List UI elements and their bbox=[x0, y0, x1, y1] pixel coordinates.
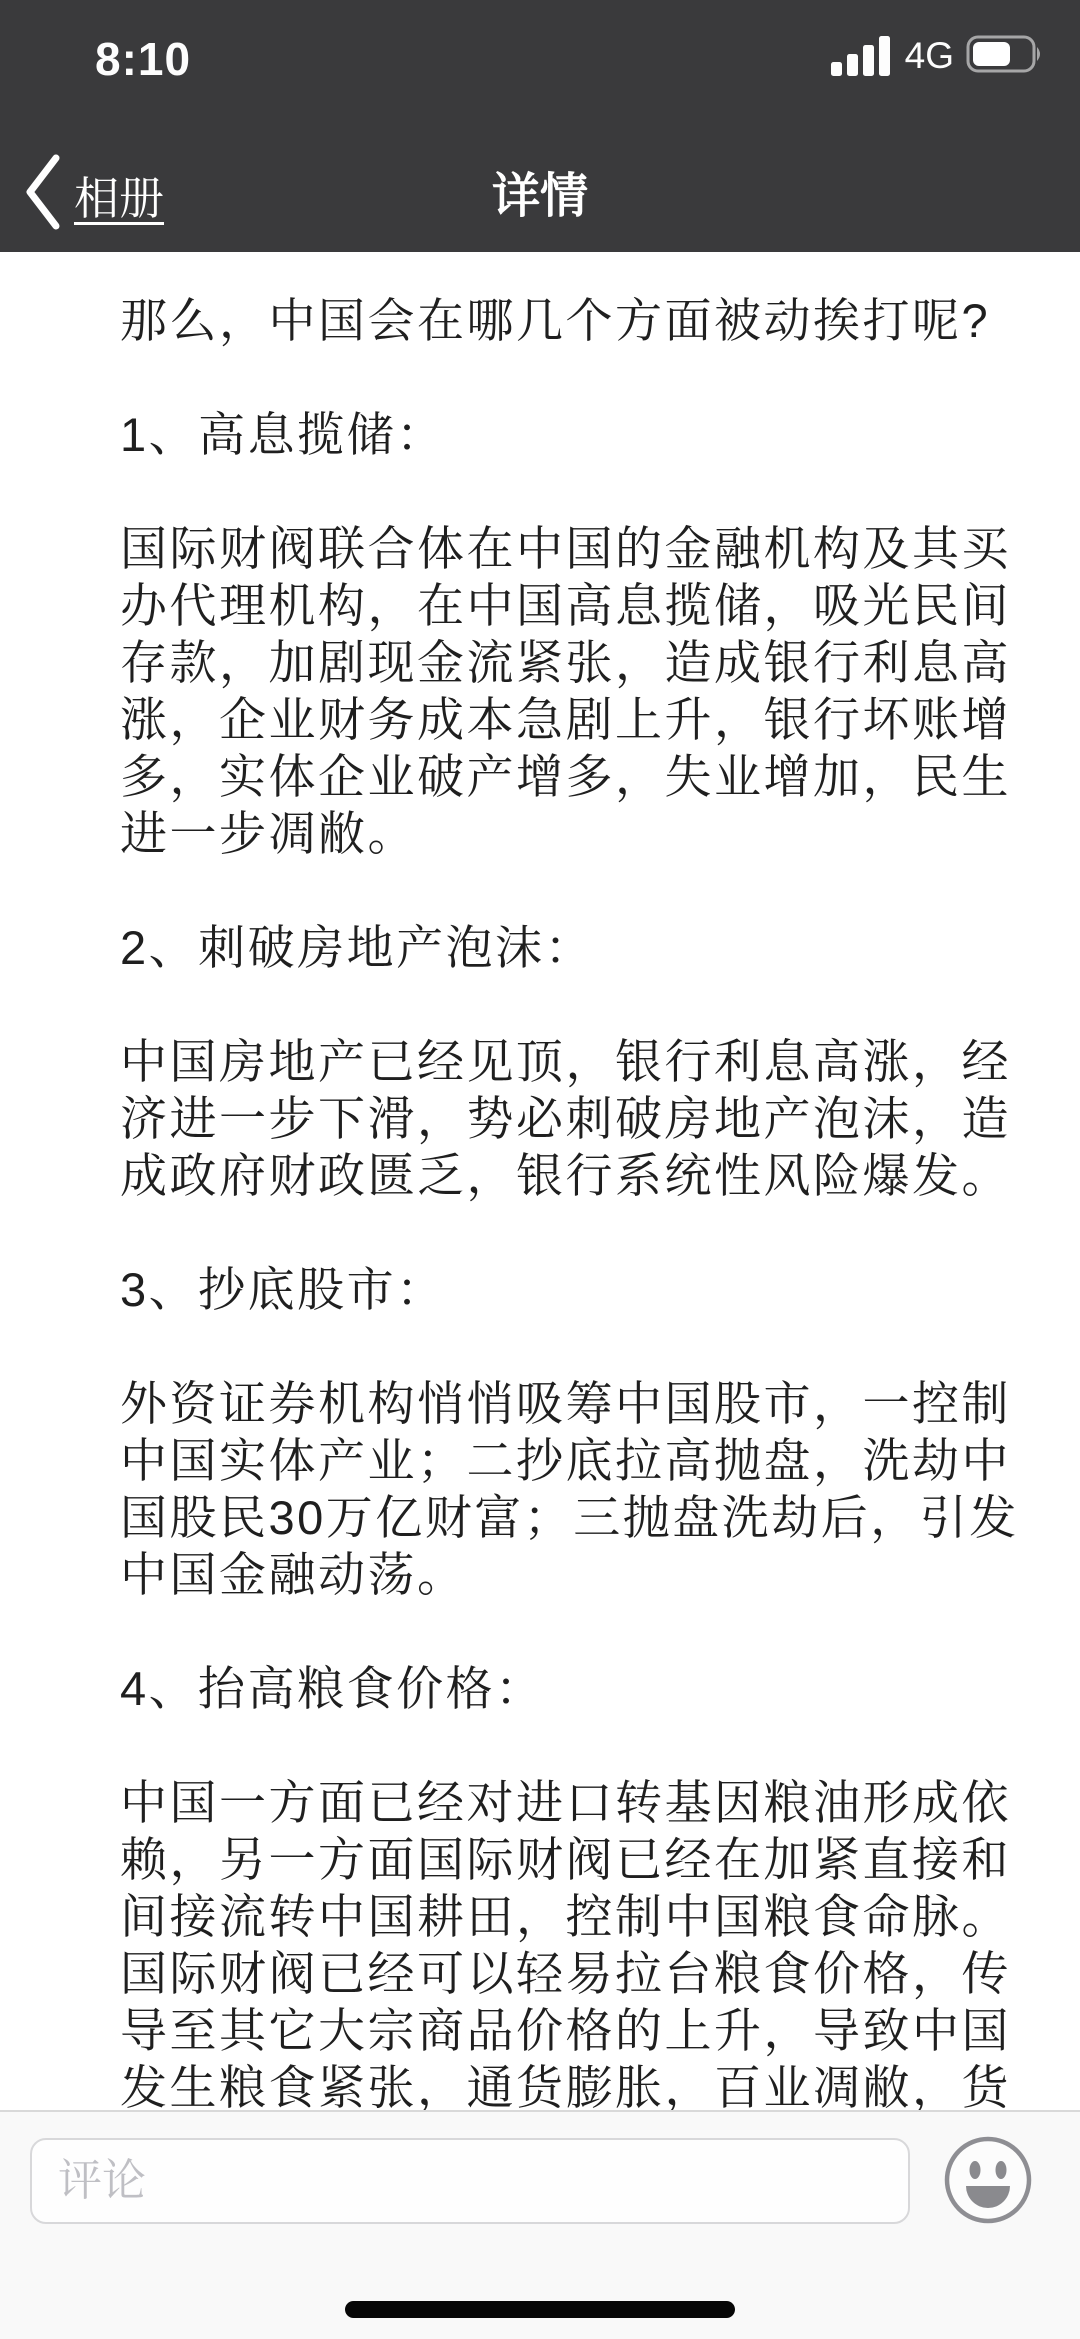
section-1-heading: 1、高息揽储： bbox=[120, 406, 1080, 463]
comment-input[interactable] bbox=[30, 2138, 910, 2224]
nav-bar: 相册 详情 bbox=[0, 135, 1080, 252]
section-2-paragraph: 中国房地产已经见顶，银行利息高涨，经 济进一步下滑，势必刺破房地产泡沫，造 成政… bbox=[120, 1033, 1080, 1204]
section-2-heading: 2、刺破房地产泡沫： bbox=[120, 919, 1080, 976]
article-image-view[interactable]: 那么，中国会在哪几个方面被动挨打呢? 1、高息揽储： 国际财阀联合体在中国的金融… bbox=[0, 252, 1080, 2110]
battery-icon bbox=[966, 35, 1044, 78]
article-text: 那么，中国会在哪几个方面被动挨打呢? 1、高息揽储： 国际财阀联合体在中国的金融… bbox=[0, 252, 1080, 2110]
signal-strength-icon bbox=[831, 32, 893, 81]
section-4-heading: 4、抬高粮食价格： bbox=[120, 1660, 1080, 1717]
section-4-paragraph: 中国一方面已经对进口转基因粮油形成依 赖，另一方面国际财阀已经在加紧直接和 间接… bbox=[120, 1774, 1080, 2110]
section-1-paragraph: 国际财阀联合体在中国的金融机构及其买 办代理机构，在中国高息揽储，吸光民间 存款… bbox=[120, 520, 1080, 862]
article-intro-line: 那么，中国会在哪几个方面被动挨打呢? bbox=[120, 292, 1080, 349]
top-header: 8:10 4G bbox=[0, 0, 1080, 252]
section-3-paragraph: 外资证券机构悄悄吸筹中国股市，一控制 中国实体产业；二抄底拉高抛盘，洗劫中 国股… bbox=[120, 1375, 1080, 1603]
phone-screen: 8:10 4G bbox=[0, 0, 1080, 2339]
page-title: 详情 bbox=[0, 157, 1080, 226]
emoji-button[interactable] bbox=[943, 2136, 1033, 2226]
status-indicators: 4G bbox=[831, 26, 1044, 86]
home-indicator[interactable] bbox=[345, 2301, 735, 2318]
network-type-label: 4G bbox=[905, 35, 954, 77]
section-3-heading: 3、抄底股市： bbox=[120, 1261, 1080, 1318]
status-time: 8:10 bbox=[95, 32, 191, 86]
comment-bar bbox=[0, 2110, 1080, 2339]
smiley-face-icon bbox=[943, 2214, 1033, 2229]
